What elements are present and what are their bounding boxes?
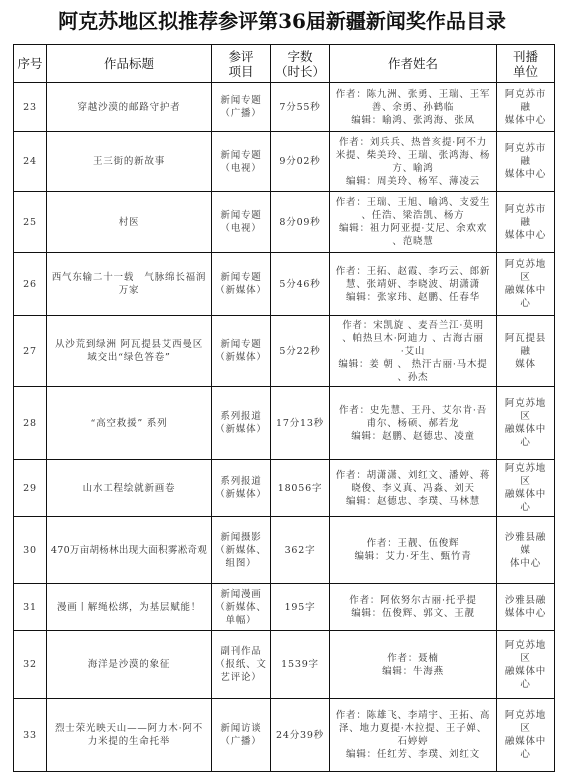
table-row: 24 王三街的新故事 新闻专题（电视） 9分02秒 作者：刘兵兵、热普亥提·阿不… <box>14 132 555 192</box>
category: 新闻访谈（广播） <box>212 699 271 772</box>
word-count-duration: 5分46秒 <box>271 253 330 316</box>
work-title: 从沙荒到绿洲 阿瓦提县艾西曼区域交出“绿色答卷” <box>47 316 212 387</box>
work-title: “高空救援” 系列 <box>47 387 212 460</box>
table-row: 28 “高空救援” 系列 系列报道（新媒体） 17分13秒 作者：史先慧、王丹、… <box>14 387 555 460</box>
work-title: 山水工程绘就新画卷 <box>47 460 212 517</box>
work-title: 西气东输二十一载 气脉绵长福润万家 <box>47 253 212 316</box>
work-title: 漫画丨解绳松绑，为基层赋能！ <box>47 584 212 631</box>
publishing-unit: 阿克苏地区融媒体中心 <box>497 460 555 517</box>
row-number: 23 <box>14 83 47 132</box>
header-no: 序号 <box>14 45 47 83</box>
authors: 作者：聂楠编辑：牛海燕 <box>330 631 497 699</box>
authors: 作者：陈雄飞、李靖宇、王拓、高泽、地力夏提·木拉提、王子婵、石婷婷编辑：任红芳、… <box>330 699 497 772</box>
work-title: 海洋是沙漠的象征 <box>47 631 212 699</box>
table-row: 33 烈士荣光映天山——阿力木·阿不力米提的生命托举 新闻访谈（广播） 24分3… <box>14 699 555 772</box>
authors: 作者：陈九洲、张勇、王瑞、王军善、余勇、孙鹤临编辑：喻鸿、张鸿海、张凤 <box>330 83 497 132</box>
header-category: 参评项目 <box>212 45 271 83</box>
header-row: 序号 作品标题 参评项目 字数（时长） 作者姓名 刊播单位 <box>14 45 555 83</box>
header-authors: 作者姓名 <box>330 45 497 83</box>
table-row: 31 漫画丨解绳松绑，为基层赋能！ 新闻漫画（新媒体、单幅） 195字 作者：阿… <box>14 584 555 631</box>
table-row: 25 村医 新闻专题（电视） 8分09秒 作者：王瑞、王旭、喻鸿、支爱生、任浩、… <box>14 192 555 253</box>
header-count: 字数（时长） <box>271 45 330 83</box>
category: 新闻漫画（新媒体、单幅） <box>212 584 271 631</box>
category: 副刊作品（报纸、文艺评论） <box>212 631 271 699</box>
category: 新闻摄影（新媒体、组图） <box>212 517 271 584</box>
category: 新闻专题（新媒体） <box>212 316 271 387</box>
category: 系列报道（新媒体） <box>212 387 271 460</box>
work-title: 村医 <box>47 192 212 253</box>
row-number: 30 <box>14 517 47 584</box>
publishing-unit: 阿克苏地区融媒体中心 <box>497 699 555 772</box>
word-count-duration: 18056字 <box>271 460 330 517</box>
authors: 作者：王靓、伍俊辉编辑：艾力·牙生、甄竹青 <box>330 517 497 584</box>
authors: 作者：王拓、赵霞、李巧云、郎新慧、张靖妍、李晓波、胡潇潇编辑：张家玮、赵鹏、任春… <box>330 253 497 316</box>
header-title: 作品标题 <box>47 45 212 83</box>
word-count-duration: 195字 <box>271 584 330 631</box>
word-count-duration: 7分55秒 <box>271 83 330 132</box>
category: 新闻专题（电视） <box>212 192 271 253</box>
row-number: 32 <box>14 631 47 699</box>
row-number: 29 <box>14 460 47 517</box>
row-number: 31 <box>14 584 47 631</box>
table-row: 27 从沙荒到绿洲 阿瓦提县艾西曼区域交出“绿色答卷” 新闻专题（新媒体） 5分… <box>14 316 555 387</box>
word-count-duration: 24分39秒 <box>271 699 330 772</box>
row-number: 27 <box>14 316 47 387</box>
word-count-duration: 9分02秒 <box>271 132 330 192</box>
publishing-unit: 阿克苏地区融媒体中心 <box>497 387 555 460</box>
publishing-unit: 阿克苏地区融媒体中心 <box>497 253 555 316</box>
row-number: 26 <box>14 253 47 316</box>
table-row: 29 山水工程绘就新画卷 系列报道（新媒体） 18056字 作者：胡潇潇、刘红文… <box>14 460 555 517</box>
row-number: 28 <box>14 387 47 460</box>
table-row: 26 西气东输二十一载 气脉绵长福润万家 新闻专题（新媒体） 5分46秒 作者：… <box>14 253 555 316</box>
word-count-duration: 5分22秒 <box>271 316 330 387</box>
publishing-unit: 阿克苏市融媒体中心 <box>497 192 555 253</box>
work-title: 穿越沙漠的邮路守护者 <box>47 83 212 132</box>
publishing-unit: 阿克苏地区融媒体中心 <box>497 631 555 699</box>
category: 系列报道（新媒体） <box>212 460 271 517</box>
publishing-unit: 阿克苏市融媒体中心 <box>497 132 555 192</box>
table-row: 23 穿越沙漠的邮路守护者 新闻专题（广播） 7分55秒 作者：陈九洲、张勇、王… <box>14 83 555 132</box>
document-title: 阿克苏地区拟推荐参评第36届新疆新闻奖作品目录 <box>0 8 564 34</box>
category: 新闻专题（新媒体） <box>212 253 271 316</box>
work-title: 烈士荣光映天山——阿力木·阿不力米提的生命托举 <box>47 699 212 772</box>
publishing-unit: 沙雅县融媒体中心 <box>497 517 555 584</box>
authors: 作者：胡潇潇、刘红文、潘婷、蒋晓俊、李义真、冯淼、刘天编辑：赵德忠、李璞、马林慧 <box>330 460 497 517</box>
word-count-duration: 362字 <box>271 517 330 584</box>
work-title: 470万亩胡杨林出现大面积雾凇奇观 <box>47 517 212 584</box>
word-count-duration: 17分13秒 <box>271 387 330 460</box>
authors: 作者：刘兵兵、热普亥提·阿不力米提、柴美玲、王瑞、张鸿海、杨方、喻鸿编辑：周美玲… <box>330 132 497 192</box>
authors: 作者：宋凯旋 、麦吾兰江·莫明、帕热旦木·阿迪力 、古海古丽·艾山编辑：姜 朝 … <box>330 316 497 387</box>
category: 新闻专题（广播） <box>212 83 271 132</box>
word-count-duration: 1539字 <box>271 631 330 699</box>
table-row: 32 海洋是沙漠的象征 副刊作品（报纸、文艺评论） 1539字 作者：聂楠编辑：… <box>14 631 555 699</box>
category: 新闻专题（电视） <box>212 132 271 192</box>
work-title: 王三街的新故事 <box>47 132 212 192</box>
authors: 作者：史先慧、王丹、艾尔肯·吾甫尔、杨硕、郝若龙编辑：赵鹏、赵德忠、凌童 <box>330 387 497 460</box>
publishing-unit: 阿克苏市融媒体中心 <box>497 83 555 132</box>
authors: 作者：王瑞、王旭、喻鸿、支爱生、任浩、梁浩凯、杨方编辑：祖力阿亚提·艾尼、余欢欢… <box>330 192 497 253</box>
table-row: 30 470万亩胡杨林出现大面积雾凇奇观 新闻摄影（新媒体、组图） 362字 作… <box>14 517 555 584</box>
header-unit: 刊播单位 <box>497 45 555 83</box>
row-number: 33 <box>14 699 47 772</box>
row-number: 24 <box>14 132 47 192</box>
publishing-unit: 阿瓦提县融媒体 <box>497 316 555 387</box>
row-number: 25 <box>14 192 47 253</box>
authors: 作者：阿依努尔古丽·托乎提编辑：伍俊辉、郭文、王靓 <box>330 584 497 631</box>
publishing-unit: 沙雅县融媒体中心 <box>497 584 555 631</box>
works-catalog-table: 序号 作品标题 参评项目 字数（时长） 作者姓名 刊播单位 23 穿越沙漠的邮路… <box>13 44 555 772</box>
word-count-duration: 8分09秒 <box>271 192 330 253</box>
